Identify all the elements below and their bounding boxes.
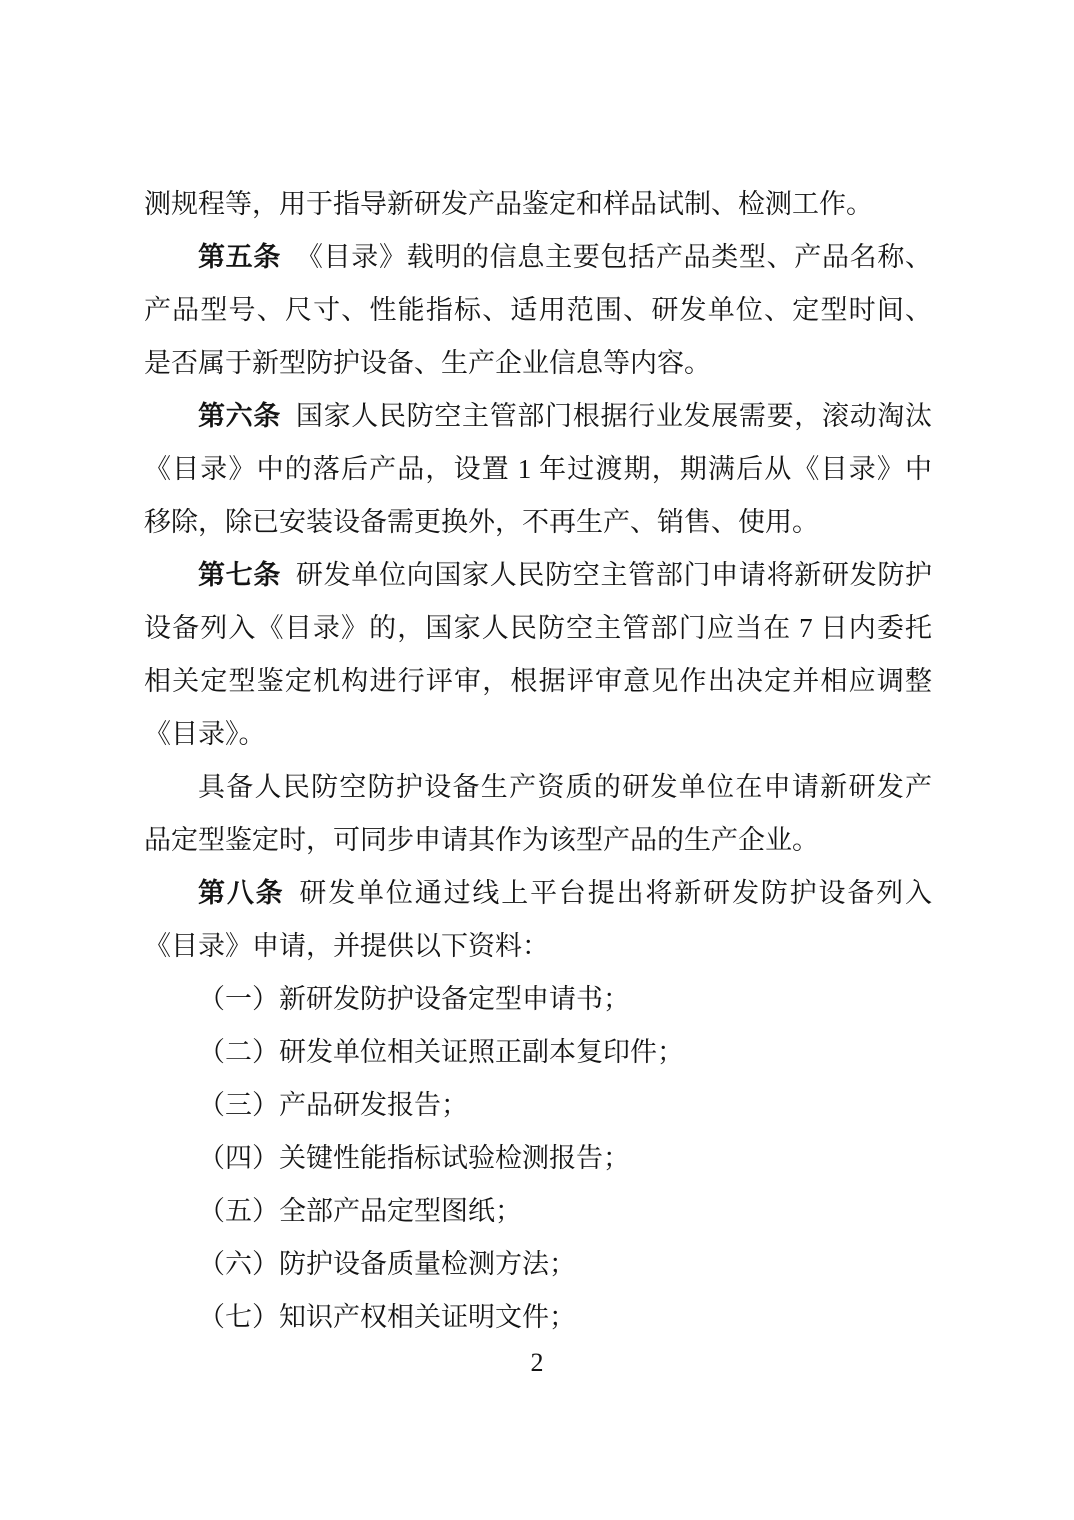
text-line: 相关定型鉴定机构进行评审，根据评审意见作出决定并相应调整 xyxy=(144,655,932,708)
line-text: 研发单位向国家人民防空主管部门申请将新研发防护 xyxy=(296,560,932,590)
text-line: 《目录》中的落后产品，设置 1 年过渡期，期满后从《目录》中 xyxy=(144,443,932,496)
article-number: 第六条 xyxy=(198,401,281,431)
line-text: 国家人民防空主管部门根据行业发展需要，滚动淘汰 xyxy=(296,401,932,431)
text-line: 第五条《目录》载明的信息主要包括产品类型、产品名称、 xyxy=(144,231,932,284)
document-body: 测规程等，用于指导新研发产品鉴定和样品试制、检测工作。第五条《目录》载明的信息主… xyxy=(144,178,932,1344)
text-line: 《目录》。 xyxy=(144,708,932,761)
text-line: 设备列入《目录》的，国家人民防空主管部门应当在 7 日内委托 xyxy=(144,602,932,655)
text-line: （七）知识产权相关证明文件； xyxy=(144,1291,932,1344)
text-line: 移除，除已安装设备需更换外，不再生产、销售、使用。 xyxy=(144,496,932,549)
text-line: 测规程等，用于指导新研发产品鉴定和样品试制、检测工作。 xyxy=(144,178,932,231)
document-page: 测规程等，用于指导新研发产品鉴定和样品试制、检测工作。第五条《目录》载明的信息主… xyxy=(0,0,1074,1520)
text-line: 具备人民防空防护设备生产资质的研发单位在申请新研发产 xyxy=(144,761,932,814)
text-line: （三）产品研发报告； xyxy=(144,1079,932,1132)
text-line: 是否属于新型防护设备、生产企业信息等内容。 xyxy=(144,337,932,390)
page-number: 2 xyxy=(0,1348,1074,1378)
text-line: （一）新研发防护设备定型申请书； xyxy=(144,973,932,1026)
article-number: 第七条 xyxy=(198,560,281,590)
line-text: 《目录》载明的信息主要包括产品类型、产品名称、 xyxy=(296,242,932,272)
text-line: 品定型鉴定时，可同步申请其作为该型产品的生产企业。 xyxy=(144,814,932,867)
text-line: 第六条国家人民防空主管部门根据行业发展需要，滚动淘汰 xyxy=(144,390,932,443)
text-line: 第七条研发单位向国家人民防空主管部门申请将新研发防护 xyxy=(144,549,932,602)
text-line: 《目录》申请，并提供以下资料： xyxy=(144,920,932,973)
article-number: 第八条 xyxy=(198,878,285,908)
text-line: （四）关键性能指标试验检测报告； xyxy=(144,1132,932,1185)
text-line: 第八条研发单位通过线上平台提出将新研发防护设备列入 xyxy=(144,867,932,920)
text-line: （六）防护设备质量检测方法； xyxy=(144,1238,932,1291)
line-text: 研发单位通过线上平台提出将新研发防护设备列入 xyxy=(299,878,932,908)
text-line: （五）全部产品定型图纸； xyxy=(144,1185,932,1238)
text-line: （二）研发单位相关证照正副本复印件； xyxy=(144,1026,932,1079)
text-line: 产品型号、尺寸、性能指标、适用范围、研发单位、定型时间、 xyxy=(144,284,932,337)
article-number: 第五条 xyxy=(198,242,281,272)
